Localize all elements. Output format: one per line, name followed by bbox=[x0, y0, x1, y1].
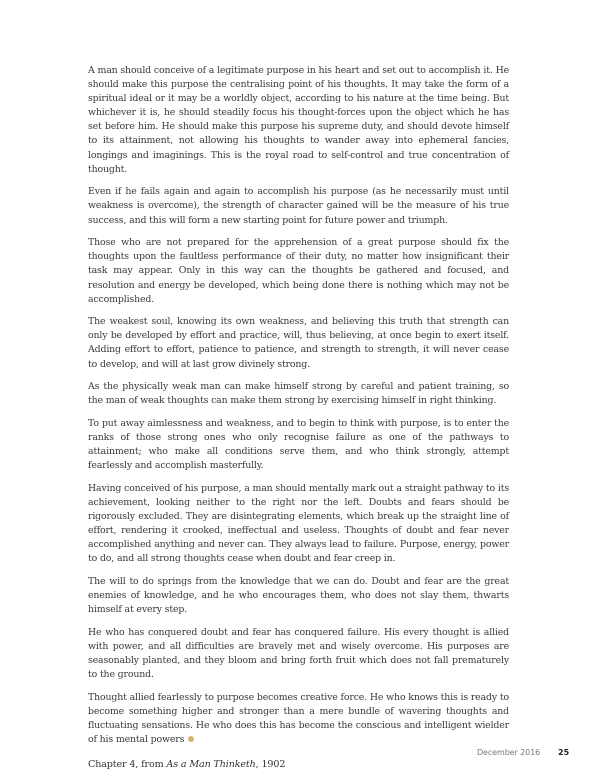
issue-date: December 2016 bbox=[477, 748, 540, 757]
source-suffix: , 1902 bbox=[256, 759, 286, 770]
final-paragraph: Thought allied fearlessly to purpose bec… bbox=[88, 691, 509, 747]
source-citation: Chapter 4, from As a Man Thinketh, 1902 bbox=[88, 758, 509, 772]
paragraph: To put away aimlessness and weakness, an… bbox=[88, 417, 509, 473]
end-mark-dot-icon bbox=[188, 736, 194, 742]
page-number: 25 bbox=[558, 748, 569, 757]
paragraph: The will to do springs from the knowledg… bbox=[88, 575, 509, 617]
source-prefix: Chapter 4, from bbox=[88, 759, 166, 770]
paragraph: As the physically weak man can make hims… bbox=[88, 380, 509, 408]
paragraph: A man should conceive of a legitimate pu… bbox=[88, 64, 509, 177]
final-paragraph-text: Thought allied fearlessly to purpose bec… bbox=[88, 692, 509, 745]
article-body: A man should conceive of a legitimate pu… bbox=[88, 64, 509, 772]
source-book-title: As a Man Thinketh bbox=[166, 759, 255, 770]
paragraph: He who has conquered doubt and fear has … bbox=[88, 626, 509, 682]
paragraph: The weakest soul, knowing its own weakne… bbox=[88, 315, 509, 371]
paragraph: Even if he fails again and again to acco… bbox=[88, 185, 509, 227]
paragraph: Those who are not prepared for the appre… bbox=[88, 236, 509, 306]
paragraph: Having conceived of his purpose, a man s… bbox=[88, 482, 509, 567]
